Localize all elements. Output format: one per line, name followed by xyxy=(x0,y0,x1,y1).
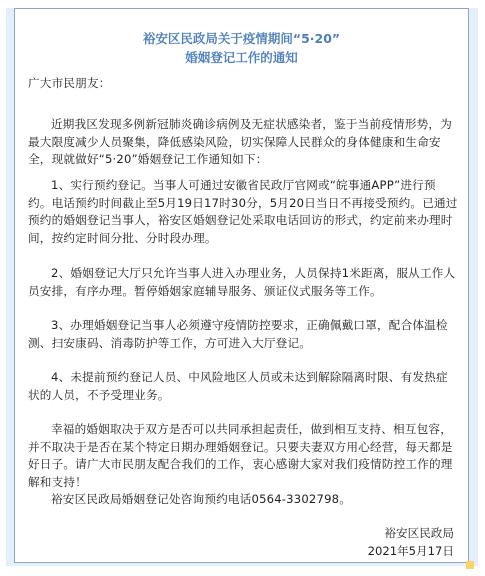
contact-paragraph: 裕安区民政局婚姻登记处咨询预约电话0564-3302798。 xyxy=(28,491,458,509)
notice-document: 裕安区民政局关于疫情期间“5·20” 婚姻登记工作的通知 广大市民朋友： 近期我… xyxy=(14,8,469,563)
notice-title-line-1: 裕安区民政局关于疫情期间“5·20” xyxy=(15,30,468,48)
notice-date: 2021年5月17日 xyxy=(368,543,454,561)
item-2-paragraph: 2、婚姻登记大厅只允许当事人进入办理业务，人员保持1米距离，服从工作人员安排，有… xyxy=(28,265,458,300)
intro-paragraph: 近期我区发现多例新冠肺炎确诊病例及无症状感染者，鉴于当前疫情形势，为最大限度减少… xyxy=(28,116,458,169)
item-1-paragraph: 1、实行预约登记。当事人可通过安徽省民政厅官网或“皖事通APP”进行预约。电话预… xyxy=(28,177,458,247)
corner-decoration xyxy=(466,561,474,569)
greeting: 广大市民朋友： xyxy=(28,75,458,93)
item-3-paragraph: 3、办理婚姻登记当事人必须遵守疫情防控要求，正确佩戴口罩，配合体温检测、扫安康码… xyxy=(28,317,458,352)
closing-paragraph: 幸福的婚姻取决于双方是否可以共同承担起责任，做到相互支持、相互包容，并不取决于是… xyxy=(28,421,458,491)
notice-title-line-2: 婚姻登记工作的通知 xyxy=(15,49,468,67)
item-4-paragraph: 4、未提前预约登记人员、中风险地区人员或未达到解除隔离时限、有发热症状的人员，不… xyxy=(28,369,458,404)
signature: 裕安区民政局 xyxy=(384,525,454,543)
